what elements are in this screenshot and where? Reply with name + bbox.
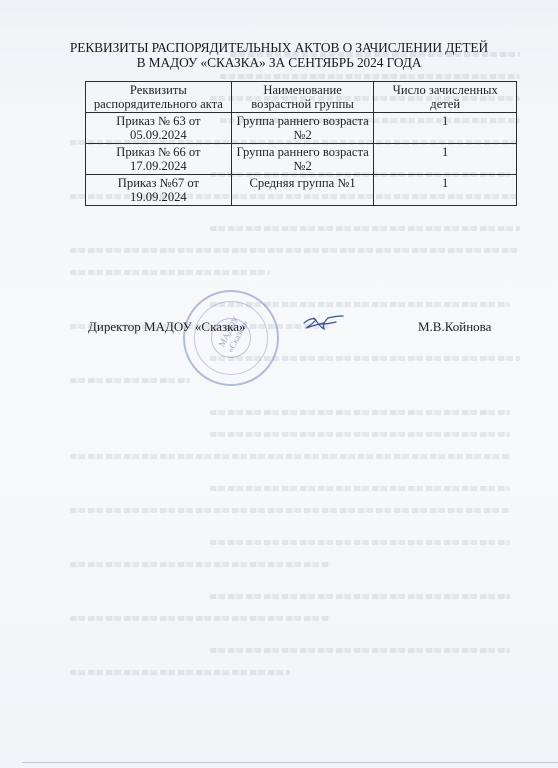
table-row: Приказ №67 от 19.09.2024 Средняя группа …	[86, 175, 517, 206]
bleed-through-line	[210, 486, 510, 491]
title-line-2: В МАДОУ «СКАЗКА» ЗА СЕНТЯБРЬ 2024 ГОДА	[0, 55, 558, 70]
bleed-through-line	[210, 226, 520, 231]
signatory-position: Директор МАДОУ «Сказка»	[88, 319, 246, 335]
cell-act: Приказ № 66 от 17.09.2024	[86, 144, 232, 175]
cell-group: Средняя группа №1	[231, 175, 374, 206]
scan-edge-line	[22, 762, 558, 763]
bleed-through-line	[70, 616, 330, 621]
cell-count: 1	[374, 175, 517, 206]
official-seal-stamp: МАДОУ «Сказка»	[183, 290, 279, 386]
table-header-row: Реквизиты распорядительного акта Наимено…	[86, 82, 517, 113]
cell-count: 1	[374, 144, 517, 175]
bleed-through-line	[220, 74, 520, 79]
scanned-page: РЕКВИЗИТЫ РАСПОРЯДИТЕЛЬНЫХ АКТОВ О ЗАЧИС…	[0, 0, 558, 768]
cell-act: Приказ №67 от 19.09.2024	[86, 175, 232, 206]
title-line-1: РЕКВИЗИТЫ РАСПОРЯДИТЕЛЬНЫХ АКТОВ О ЗАЧИС…	[0, 40, 558, 55]
cell-act: Приказ № 63 от 05.09.2024	[86, 113, 232, 144]
bleed-through-line	[210, 432, 510, 437]
bleed-through-line	[70, 248, 520, 253]
bleed-through-line	[70, 454, 510, 459]
table-row: Приказ № 63 от 05.09.2024 Группа раннего…	[86, 113, 517, 144]
header-group: Наименование возрастной группы	[231, 82, 374, 113]
bleed-through-line	[70, 508, 510, 513]
bleed-through-line	[70, 378, 190, 383]
handwritten-signature-icon	[302, 314, 344, 334]
bleed-through-line	[210, 648, 510, 653]
bleed-through-line	[210, 594, 510, 599]
enrollment-acts-table: Реквизиты распорядительного акта Наимено…	[85, 81, 517, 206]
table-row: Приказ № 66 от 17.09.2024 Группа раннего…	[86, 144, 517, 175]
bleed-through-line	[210, 410, 510, 415]
cell-count: 1	[374, 113, 517, 144]
header-count: Число зачисленных детей	[374, 82, 517, 113]
bleed-through-line	[210, 540, 510, 545]
bleed-through-line	[70, 270, 270, 275]
header-act: Реквизиты распорядительного акта	[86, 82, 232, 113]
document-title: РЕКВИЗИТЫ РАСПОРЯДИТЕЛЬНЫХ АКТОВ О ЗАЧИС…	[0, 40, 558, 70]
bleed-through-line	[70, 562, 330, 567]
cell-group: Группа раннего возраста №2	[231, 113, 374, 144]
bleed-through-line	[70, 670, 290, 675]
signatory-name: М.В.Койнова	[418, 319, 491, 335]
cell-group: Группа раннего возраста №2	[231, 144, 374, 175]
